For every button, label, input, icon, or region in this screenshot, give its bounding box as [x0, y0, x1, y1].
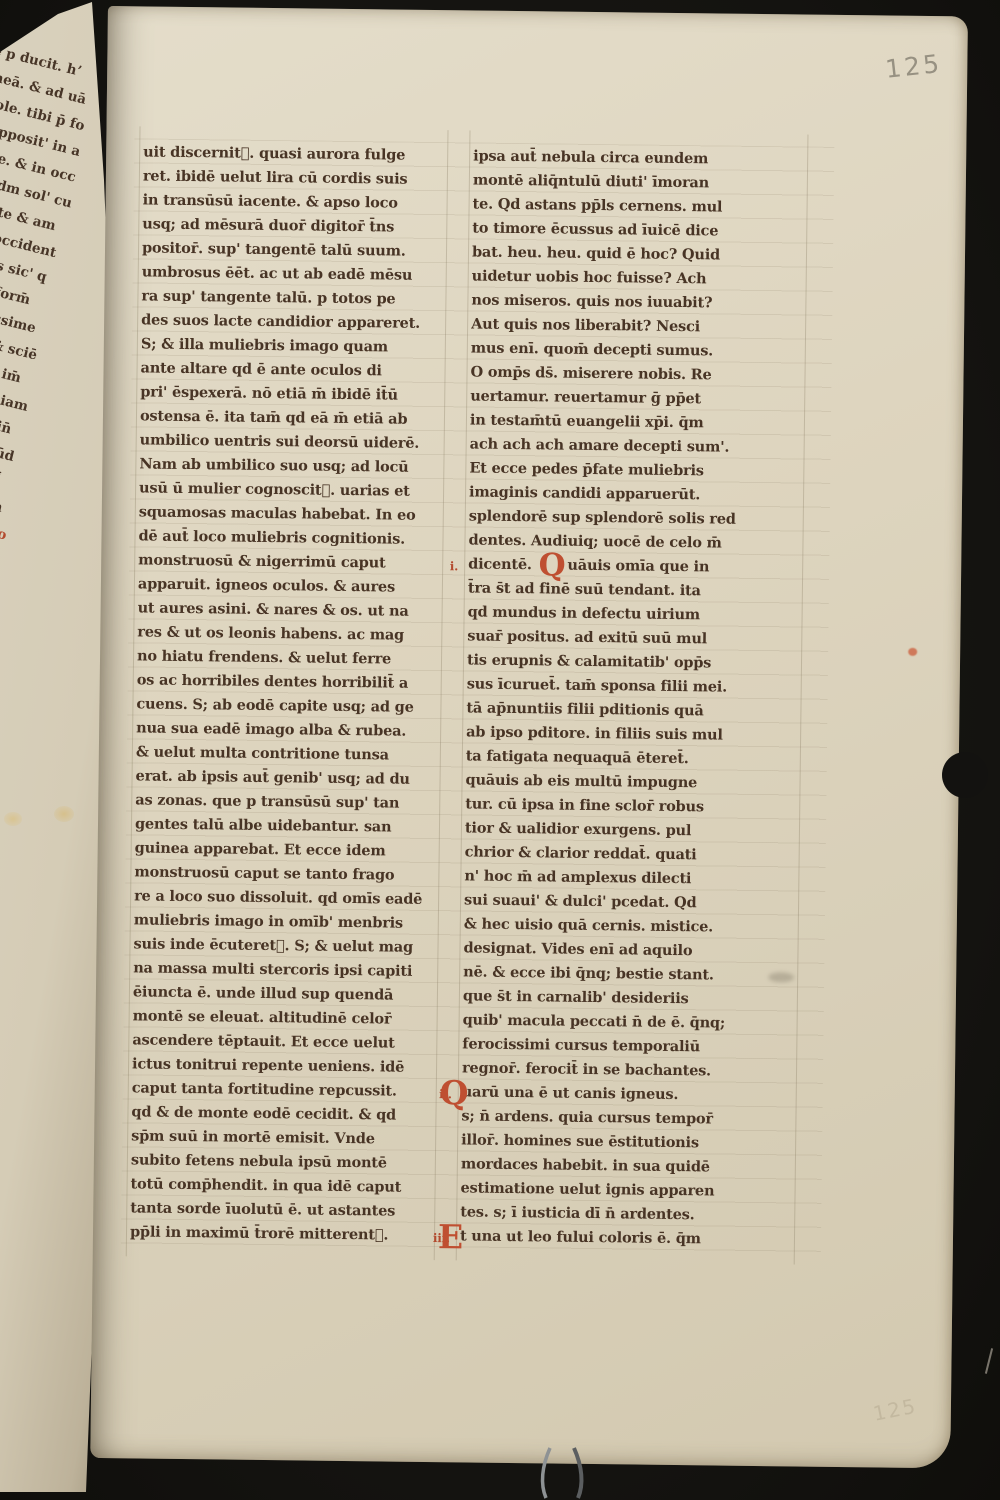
text-column-right: ipsa aut̄ nebula circa eundemmontē aliq̄…: [460, 144, 809, 1252]
manuscript-text-line: S; & illa muliebris imago quam: [141, 332, 443, 360]
marginal-numeral: i.: [450, 554, 459, 578]
manuscript-text-line: ēiuncta ē. unde illud sup quendā: [133, 980, 435, 1008]
manuscript-text-line: ostensa ē. ita tam̄ qd eā m̄ etiā ab: [140, 404, 442, 432]
manuscript-text-line: ante altare qd ē ante oculos di: [140, 356, 442, 384]
manuscript-text-line: uit discernit᷑. quasi aurora fulge: [143, 140, 445, 168]
manuscript-text-line: erat. ab ipsis aut̄ genib' usq; ad du: [135, 764, 437, 792]
manuscript-text-line: sp̄m suū in mortē emisit. Vnde: [131, 1124, 433, 1152]
manuscript-text-line: monstruosū caput se tanto frago: [134, 860, 436, 888]
manuscript-text-line: ictus tonitrui repente ueniens. idē: [132, 1052, 434, 1080]
manuscript-text-line: gentes talū albe uidebantur. san: [135, 812, 437, 840]
manuscript-text-line: ascendere tēptauit. Et ecce uelut: [132, 1028, 434, 1056]
manuscript-text-line: qd & de monte eodē cecidit. & qd: [131, 1100, 433, 1128]
manuscript-text-line: monstruosū & nigerrimū caputi.: [138, 548, 440, 576]
manuscript-text-line: nua sua eadē imago alba & rubea.: [136, 716, 438, 744]
manuscript-page: 125 125 uit discernit᷑. quasi aurora ful…: [90, 6, 968, 1468]
manuscript-text-line: subito fetens nebula ipsū montē: [131, 1148, 433, 1176]
red-ink-dot: [908, 648, 917, 656]
manuscript-text-line: os ac horribiles dentes horribilit̄ a: [137, 668, 439, 696]
manuscript-text-line: ut aures asini. & nares & os. ut na: [137, 596, 439, 624]
text-column-left: uit discernit᷑. quasi aurora fulgeret. i…: [130, 140, 445, 1248]
manuscript-text-line: Nam ab umbilico suo usq; ad locū: [139, 452, 441, 480]
manuscript-text-line: dē aut̄ loco muliebris cognitionis.: [138, 524, 440, 552]
manuscript-text-line: umbilico uentris sui deorsū uiderē.: [140, 428, 442, 456]
manuscript-text-line: ret. ibidē uelut lira cū cordis suis: [143, 164, 445, 192]
manuscript-text-line: tanta sorde īuolutū ē. ut astantes: [130, 1196, 432, 1224]
manuscript-text-line: umbrosus ēēt. ac ut ab eadē mēsu: [142, 260, 444, 288]
manuscript-text-line: Et una ut leo fului coloris ē. q̄m: [460, 1224, 796, 1252]
manuscript-text-line: apparuit. igneos oculos. & aures: [138, 572, 440, 600]
manuscript-text-line: in transūsū iacente. & apso loco: [142, 188, 444, 216]
manuscript-text-line: pri' ēspexerā. nō etiā m̄ ibidē it̄ū: [140, 380, 442, 408]
manuscript-text-line: montē se eleuat. altitudinē celor̄: [133, 1004, 435, 1032]
parchment-stain: [4, 812, 22, 826]
manuscript-text-line: cuens. S; ab eodē capite usq; ad ge: [136, 692, 438, 720]
bookmark-threads: [512, 1446, 622, 1500]
manuscript-text-line: ra sup' tangente talū. p totos pe: [141, 284, 443, 312]
manuscript-text-line: re a loco suo dissoluit. qd omīs eadē: [134, 884, 436, 912]
manuscript-text-line: caput tanta fortitudine repcussit.ii.: [132, 1076, 434, 1104]
red-initial-E: E: [438, 1222, 463, 1252]
manuscript-text-line: suis inde ēcuteret᷑. S; & uelut mag: [133, 932, 435, 960]
manuscript-text-line: usq; ad mēsurā duor̄ digitor̄ t̄ns: [142, 212, 444, 240]
manuscript-text-line: as zonas. que p transūsū sup' tan: [135, 788, 437, 816]
manuscript-text-line: pp̄li in maximū t̄rorē mitterent᷑.iii.: [130, 1220, 432, 1248]
manuscript-text-line: totū comp̄hendit. in qua idē caput: [130, 1172, 432, 1200]
manuscript-text-line: squamosas maculas habebat. In eo: [139, 500, 441, 528]
manuscript-text-line: positor̄. sup' tangentē talū suum.: [142, 236, 444, 264]
manuscript-text-line: & uelut multa contritione tunsa: [136, 740, 438, 768]
manuscript-text-line: no hiatu frendens. & uelut ferre: [137, 644, 439, 672]
manuscript-text-line: res & ut os leonis habens. ac mag: [137, 620, 439, 648]
page-edge-notch: [942, 752, 988, 798]
manuscript-text-line: des suos lacte candidior appareret.: [141, 308, 443, 336]
manuscript-text-line: na massa multi stercoris ipsi capiti: [133, 956, 435, 984]
parchment-stain: [54, 806, 74, 822]
manuscript-text-line: usū ū mulier cognoscit᷑. uarias et: [139, 476, 441, 504]
folio-number-embossed: 125: [871, 1394, 919, 1426]
ink-smudge: [768, 972, 794, 982]
manuscript-text-line: guinea apparebat. Et ecce idem: [135, 836, 437, 864]
manuscript-text-line: muliebris imago in omīb' menbris: [134, 908, 436, 936]
folio-number-pencil: 125: [884, 49, 944, 84]
